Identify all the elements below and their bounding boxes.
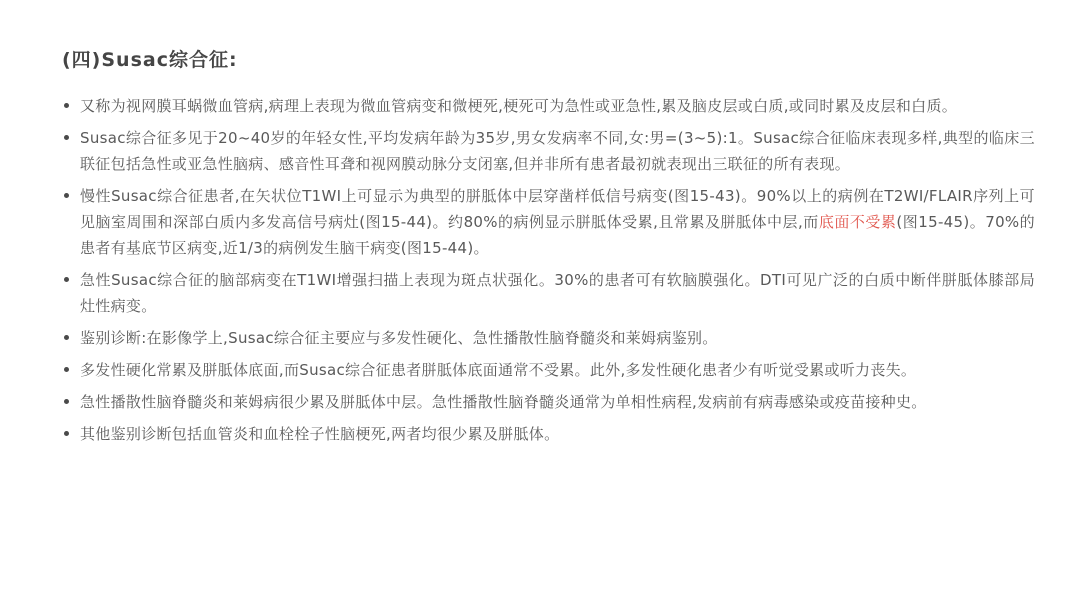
bullet-list: 又称为视网膜耳蜗微血管病,病理上表现为微血管病变和微梗死,梗死可为急性或亚急性,… xyxy=(62,93,1035,447)
bullet-icon xyxy=(64,103,69,108)
bullet-item: 多发性硬化常累及胼胝体底面,而Susac综合征患者胼胝体底面通常不受累。此外,多… xyxy=(62,357,1035,383)
bullet-icon xyxy=(64,135,69,140)
bullet-text-segment: 鉴别诊断:在影像学上,Susac综合征主要应与多发性硬化、急性播散性脑脊髓炎和莱… xyxy=(80,329,718,347)
bullet-text-segment: 其他鉴别诊断包括血管炎和血栓栓子性脑梗死,两者均很少累及胼胝体。 xyxy=(80,425,559,443)
bullet-item: Susac综合征多见于20~40岁的年轻女性,平均发病年龄为35岁,男女发病率不… xyxy=(62,125,1035,177)
bullet-item: 急性Susac综合征的脑部病变在T1WI增强扫描上表现为斑点状强化。30%的患者… xyxy=(62,267,1035,319)
bullet-text-segment: 急性播散性脑脊髓炎和莱姆病很少累及胼胝体中层。急性播散性脑脊髓炎通常为单相性病程… xyxy=(80,393,927,411)
bullet-icon xyxy=(64,193,69,198)
bullet-text-segment: 多发性硬化常累及胼胝体底面,而Susac综合征患者胼胝体底面通常不受累。此外,多… xyxy=(80,361,916,379)
bullet-icon xyxy=(64,367,69,372)
highlighted-text: 底面不受累 xyxy=(819,213,897,231)
section-title: (四)Susac综合征: xyxy=(62,45,1035,72)
bullet-item: 慢性Susac综合征患者,在矢状位T1WI上可显示为典型的胼胝体中层穿凿样低信号… xyxy=(62,183,1035,261)
bullet-text-segment: 又称为视网膜耳蜗微血管病,病理上表现为微血管病变和微梗死,梗死可为急性或亚急性,… xyxy=(80,97,957,115)
bullet-icon xyxy=(64,335,69,340)
bullet-item: 急性播散性脑脊髓炎和莱姆病很少累及胼胝体中层。急性播散性脑脊髓炎通常为单相性病程… xyxy=(62,389,1035,415)
bullet-icon xyxy=(64,399,69,404)
bullet-icon xyxy=(64,277,69,282)
bullet-item: 又称为视网膜耳蜗微血管病,病理上表现为微血管病变和微梗死,梗死可为急性或亚急性,… xyxy=(62,93,1035,119)
bullet-icon xyxy=(64,431,69,436)
bullet-item: 其他鉴别诊断包括血管炎和血栓栓子性脑梗死,两者均很少累及胼胝体。 xyxy=(62,421,1035,447)
bullet-text-segment: 急性Susac综合征的脑部病变在T1WI增强扫描上表现为斑点状强化。30%的患者… xyxy=(80,271,1035,315)
document-page: (四)Susac综合征: 又称为视网膜耳蜗微血管病,病理上表现为微血管病变和微梗… xyxy=(0,0,1080,608)
bullet-item: 鉴别诊断:在影像学上,Susac综合征主要应与多发性硬化、急性播散性脑脊髓炎和莱… xyxy=(62,325,1035,351)
bullet-text-segment: Susac综合征多见于20~40岁的年轻女性,平均发病年龄为35岁,男女发病率不… xyxy=(80,129,1035,173)
